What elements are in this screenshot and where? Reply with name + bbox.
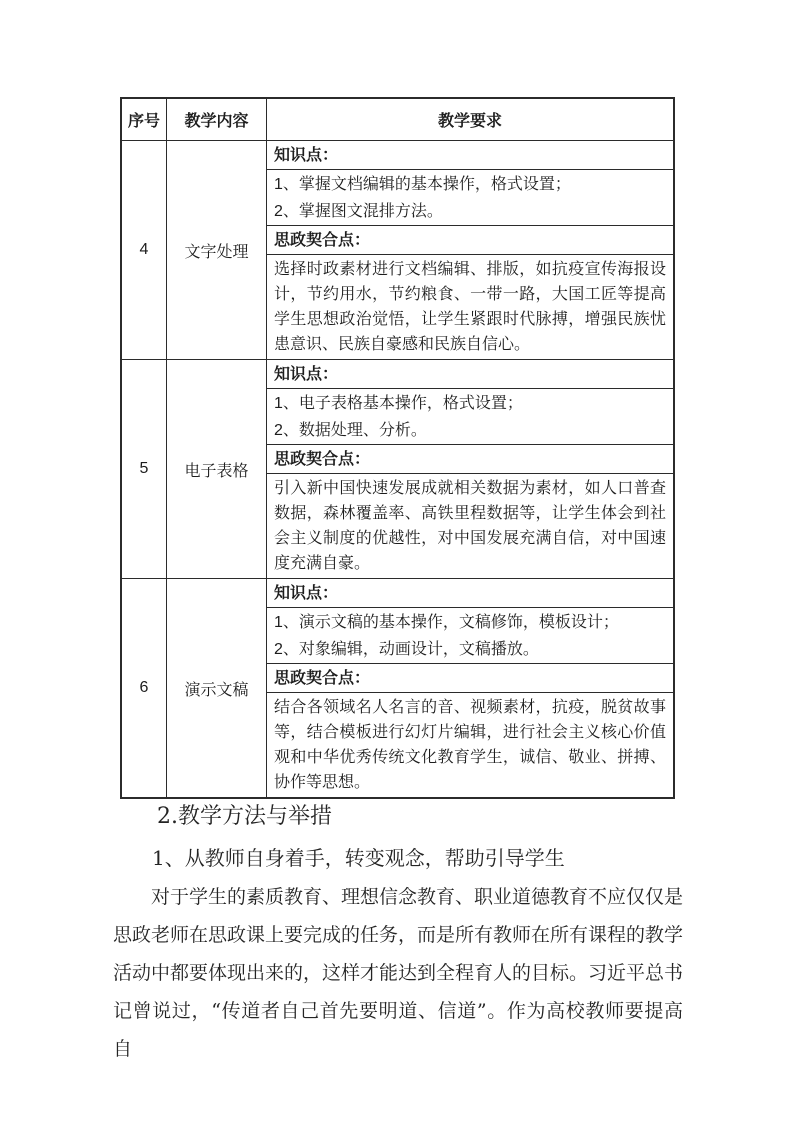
row-requirements: 知识点： 1、掌握文档编辑的基本操作，格式设置； 2、掌握图文混排方法。 思政契… xyxy=(267,141,673,359)
table-row: 4 文字处理 知识点： 1、掌握文档编辑的基本操作，格式设置； 2、掌握图文混排… xyxy=(122,141,673,360)
table-header-row: 序号 教学内容 教学要求 xyxy=(122,99,673,141)
section-heading: 2.教学方法与举措 xyxy=(157,801,683,832)
ideology-text: 选择时政素材进行文档编辑、排版，如抗疫宣传海报设计，节约用水，节约粮食、一带一路… xyxy=(267,255,673,359)
row-seq: 5 xyxy=(122,360,167,578)
subsection-heading: 1、从教师自身着手，转变观念，帮助引导学生 xyxy=(152,844,683,872)
document-page: 序号 教学内容 教学要求 4 文字处理 知识点： 1、掌握文档编辑的基本操作，格… xyxy=(0,0,794,1123)
ideology-text: 结合各领域名人名言的音、视频素材，抗疫，脱贫故事等，结合模板进行幻灯片编辑，进行… xyxy=(267,693,673,797)
ideology-label: 思政契合点： xyxy=(267,664,673,693)
row-topic: 演示文稿 xyxy=(167,579,267,797)
knowledge-points-label: 知识点： xyxy=(267,360,673,389)
knowledge-points-list: 1、演示文稿的基本操作，文稿修饰，模板设计； 2、对象编辑，动画设计，文稿播放。 xyxy=(267,608,673,664)
row-topic: 电子表格 xyxy=(167,360,267,578)
ideology-label: 思政契合点： xyxy=(267,226,673,255)
knowledge-points-list: 1、电子表格基本操作，格式设置； 2、数据处理、分析。 xyxy=(267,389,673,445)
ideology-text: 引入新中国快速发展成就相关数据为素材，如人口普查数据，森林覆盖率、高铁里程数据等… xyxy=(267,474,673,578)
row-seq: 6 xyxy=(122,579,167,797)
knowledge-item: 2、掌握图文混排方法。 xyxy=(274,198,666,225)
table-row: 6 演示文稿 知识点： 1、演示文稿的基本操作，文稿修饰，模板设计； 2、对象编… xyxy=(122,579,673,797)
knowledge-points-label: 知识点： xyxy=(267,579,673,608)
knowledge-item: 1、掌握文档编辑的基本操作，格式设置； xyxy=(274,171,666,198)
body-text-section: 2.教学方法与举措 1、从教师自身着手，转变观念，帮助引导学生 对于学生的素质教… xyxy=(113,801,683,1068)
knowledge-item: 2、对象编辑，动画设计，文稿播放。 xyxy=(274,636,666,663)
row-topic: 文字处理 xyxy=(167,141,267,359)
knowledge-points-label: 知识点： xyxy=(267,141,673,170)
row-requirements: 知识点： 1、演示文稿的基本操作，文稿修饰，模板设计； 2、对象编辑，动画设计，… xyxy=(267,579,673,797)
knowledge-item: 1、演示文稿的基本操作，文稿修饰，模板设计； xyxy=(274,609,666,636)
row-seq: 4 xyxy=(122,141,167,359)
body-paragraph: 对于学生的素质教育、理想信念教育、职业道德教育不应仅仅是思政老师在思政课上要完成… xyxy=(113,878,683,1068)
knowledge-points-list: 1、掌握文档编辑的基本操作，格式设置； 2、掌握图文混排方法。 xyxy=(267,170,673,226)
header-seq: 序号 xyxy=(122,99,167,140)
teaching-content-table: 序号 教学内容 教学要求 4 文字处理 知识点： 1、掌握文档编辑的基本操作，格… xyxy=(120,97,675,799)
ideology-label: 思政契合点： xyxy=(267,445,673,474)
knowledge-item: 1、电子表格基本操作，格式设置； xyxy=(274,390,666,417)
table-row: 5 电子表格 知识点： 1、电子表格基本操作，格式设置； 2、数据处理、分析。 … xyxy=(122,360,673,579)
knowledge-item: 2、数据处理、分析。 xyxy=(274,417,666,444)
header-content: 教学内容 xyxy=(167,99,267,140)
row-requirements: 知识点： 1、电子表格基本操作，格式设置； 2、数据处理、分析。 思政契合点： … xyxy=(267,360,673,578)
header-requirement: 教学要求 xyxy=(267,99,673,140)
